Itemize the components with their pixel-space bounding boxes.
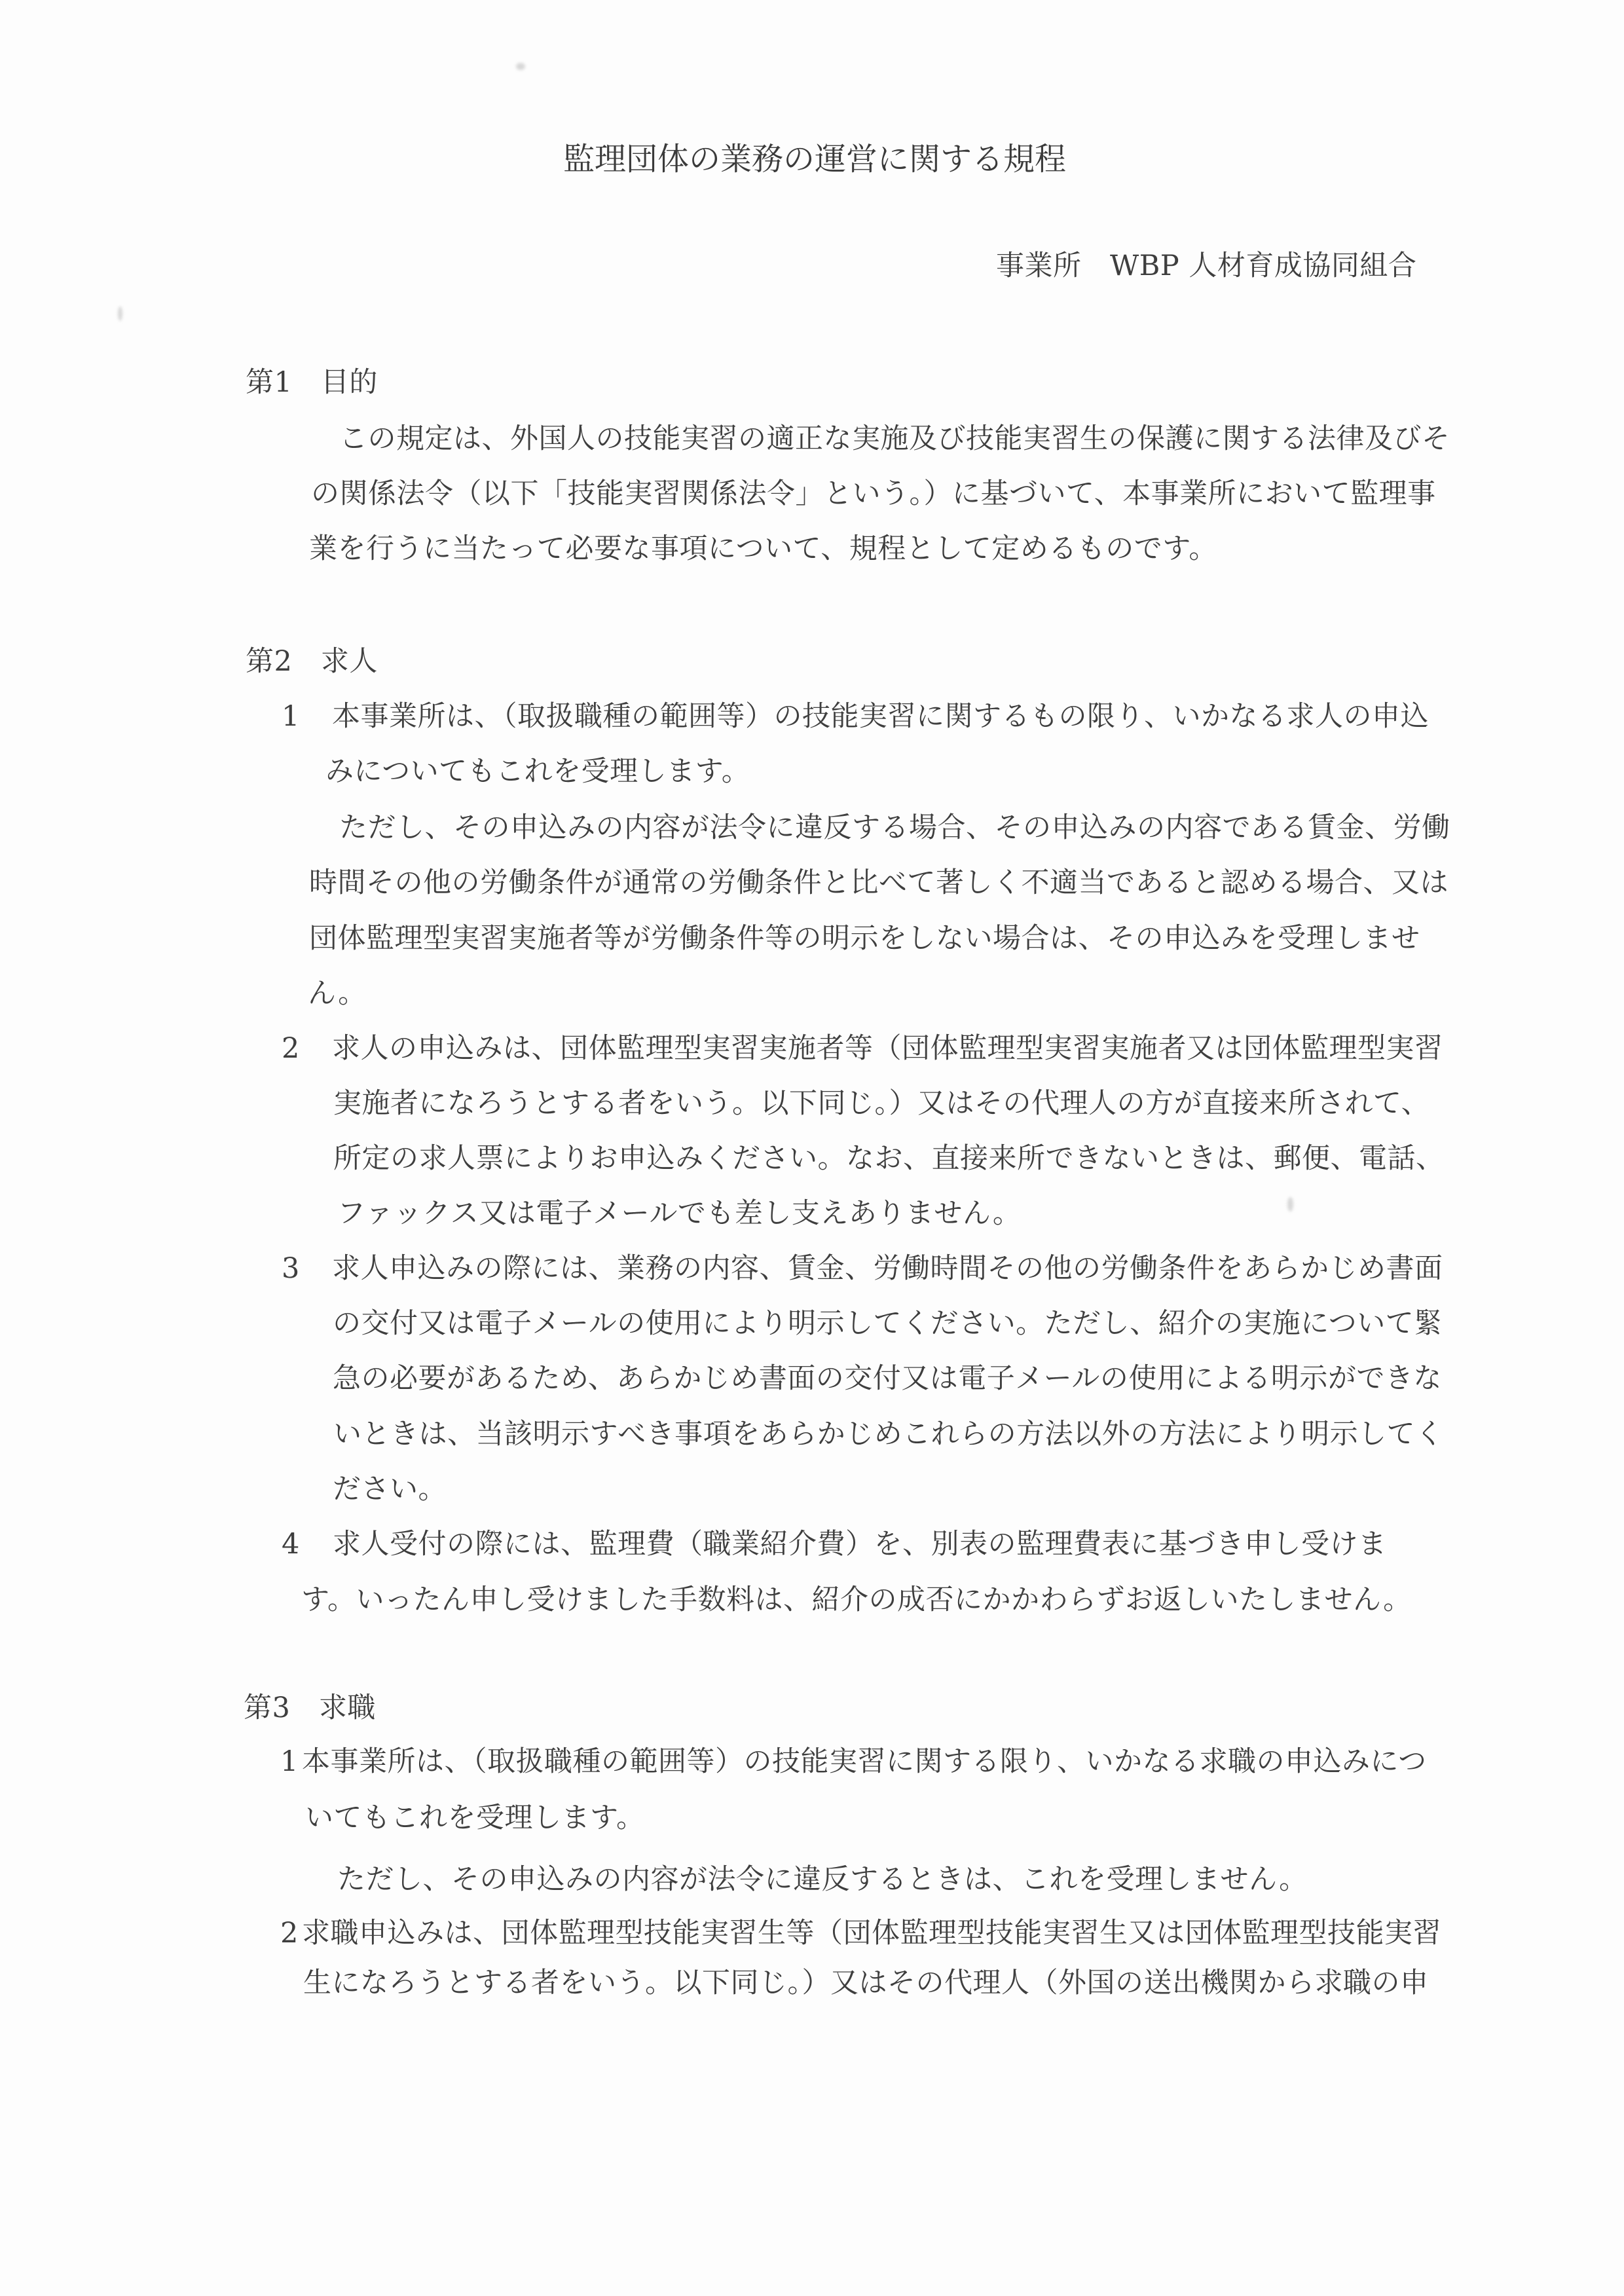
s2-item-3-number: 3 [282, 1253, 300, 1285]
scan-artifact-top [516, 63, 525, 70]
s3-item-1-line-3: ただし、その申込みの内容が法令に違反するときは、これを受理しません。 [337, 1864, 1308, 1896]
s2-item-4-line-1: 求人受付の際には、監理費（職業紹介費）を、別表の監理費表に基づき申し受けま [333, 1528, 1387, 1561]
s3-item-1-number: 1 [280, 1746, 299, 1778]
scan-artifact-right [1287, 1197, 1293, 1212]
section-2-heading: 第2 求人 [246, 646, 378, 678]
s2-item-1-line-2: みについてもこれを受理します。 [325, 756, 750, 788]
document-page: 監理団体の業務の運営に関する規程 事業所 WBP 人材育成協同組合 第1 目的 … [0, 0, 1624, 2296]
s2-item-4-line-2: す。いったん申し受けました手数料は、紹介の成否にかかわらずお返しいたしません。 [301, 1584, 1412, 1616]
s3-item-2-line-1: 求職申込みは、団体監理型技能実習生等（団体監理型技能実習生又は団体監理型技能実習 [302, 1917, 1441, 1950]
s3-item-2-line-2: 生になろうとする者をいう。以下同じ。）又はその代理人（外国の送出機関から求職の申 [303, 1967, 1429, 1999]
s2-item-2-line-1: 求人の申込みは、団体監理型実習実施者等（団体監理型実習実施者又は団体監理型実習 [332, 1033, 1443, 1065]
s2-item-3-line-1: 求人申込みの際には、業務の内容、賃金、労働時間その他の労働条件をあらかじめ書面 [332, 1253, 1443, 1285]
s2-item-3-line-5: ださい。 [333, 1473, 447, 1506]
s2-item-1-number: 1 [282, 701, 300, 733]
s2-item-1-line-6: ん。 [308, 978, 367, 1010]
section-1-heading: 第1 目的 [246, 367, 378, 399]
s2-item-1-line-5: 団体監理型実習実施者等が労働条件等の明示をしない場合は、その申込みを受理しませ [309, 923, 1420, 955]
s2-item-2-line-4: ファックス又は電子メールでも差し支えありません。 [337, 1198, 1021, 1230]
section-3-heading: 第3 求職 [244, 1692, 376, 1724]
s2-item-1-line-4: 時間その他の労働条件が通常の労働条件と比べて著しく不適当であると認める場合、又は [309, 867, 1449, 899]
s3-item-1-line-2: いてもこれを受理します。 [305, 1802, 645, 1834]
s2-item-3-line-2: の交付又は電子メールの使用により明示してください。ただし、紹介の実施について緊 [333, 1308, 1443, 1340]
s2-item-4-number: 4 [282, 1528, 300, 1561]
s2-item-3-line-3: 急の必要があるため、あらかじめ書面の交付又は電子メールの使用による明示ができな [333, 1363, 1442, 1395]
section-1-line-2: の関係法令（以下「技能実習関係法令」という。）に基づいて、本事業所において監理事 [311, 478, 1436, 510]
section-1-line-3: 業を行うに当たって必要な事項について、規程として定めるものです。 [309, 533, 1217, 565]
s3-item-2-number: 2 [280, 1917, 299, 1950]
s2-item-2-line-2: 実施者になろうとする者をいう。以下同じ。）又はその代理人の方が直接来所されて、 [333, 1088, 1430, 1120]
s2-item-3-line-4: いときは、当該明示すべき事項をあらかじめこれらの方法以外の方法により明示してく [333, 1418, 1444, 1451]
s2-item-1-line-1: 本事業所は、（取扱職種の範囲等）の技能実習に関するもの限り、いかなる求人の申込 [332, 701, 1429, 733]
s3-item-1-line-1: 本事業所は、（取扱職種の範囲等）の技能実習に関する限り、いかなる求職の申込みにつ [302, 1746, 1427, 1778]
document-title: 監理団体の業務の運営に関する規程 [563, 141, 1066, 177]
s2-item-2-line-3: 所定の求人票によりお申込みください。なお、直接来所できないときは、郵便、電話、 [333, 1143, 1445, 1175]
office-subtitle: 事業所 WBP 人材育成協同組合 [996, 250, 1416, 282]
s2-item-2-number: 2 [282, 1033, 300, 1065]
s2-item-1-line-3: ただし、その申込みの内容が法令に違反する場合、その申込みの内容である賃金、労働 [339, 812, 1450, 844]
scan-artifact-left-margin [118, 306, 122, 321]
section-1-line-1: この規定は、外国人の技能実習の適正な実施及び技能実習生の保護に関する法律及びそ [339, 423, 1450, 455]
